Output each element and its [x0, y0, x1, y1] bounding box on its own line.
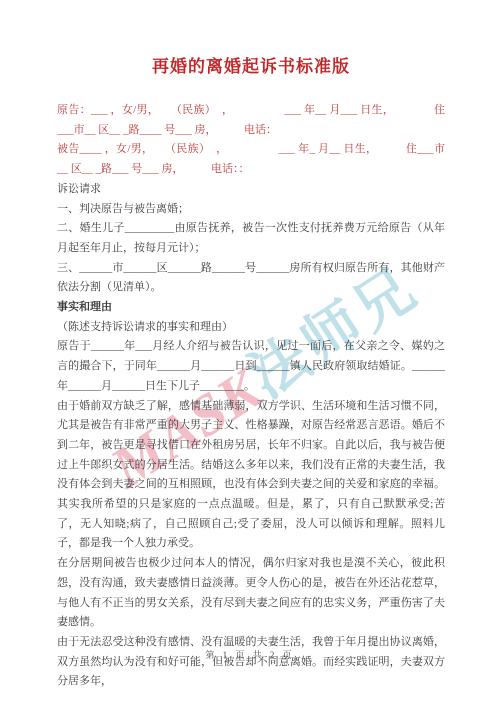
claim-item-2: 二、婚生儿子_________由原告抚养，被告一次性支付抚养费万元给原告（从年月… [57, 219, 445, 258]
document-body: 再婚的离婚起诉书标准版 原告：___ ，女/男， （民族） ， ___ 年__ … [57, 54, 445, 692]
claims-heading: 诉讼请求 [57, 180, 445, 200]
facts-paragraph-3: 在分居期间被告也极少过问本人的情况，偶尔归家对我也是漠不关心，彼此积怨，没有沟通… [57, 554, 445, 633]
claim-item-1: 一、判决原告与被告离婚； [57, 200, 445, 220]
facts-heading: 事实和理由 [57, 298, 445, 318]
plaintiff-info-line: 原告：___ ，女/男， （民族） ， ___ 年__ 月___ 日生， 住__… [57, 101, 445, 140]
page-number-footer: 第 1 页 共 2 页 [0, 648, 500, 661]
defendant-info-line: 被告____ ，女/男， （民族） ， ___ 年_ 月__ 日生， 住___市… [57, 140, 445, 179]
facts-note: （陈述支持诉讼请求的事实和理由） [57, 318, 445, 338]
facts-paragraph-1: 原告于______年___月经人介绍与被告认识，见过一面后，在父亲之令、媒妁之言… [57, 337, 445, 396]
document-title: 再婚的离婚起诉书标准版 [57, 54, 445, 80]
claim-item-3: 三、______市______区______路______号______房所有权… [57, 259, 445, 298]
facts-paragraph-4: 由于无法忍受这种没有感情、没有温暖的夫妻生活，我曾于年月提出协议离婚，双方虽然均… [57, 633, 445, 692]
facts-paragraph-2: 由于婚前双方缺乏了解，感情基础薄弱，双方学识、生活环境和生活习惯不同，尤其是被告… [57, 397, 445, 555]
document-page: MASK法师兄 再婚的离婚起诉书标准版 原告：___ ，女/男， （民族） ， … [0, 0, 500, 706]
